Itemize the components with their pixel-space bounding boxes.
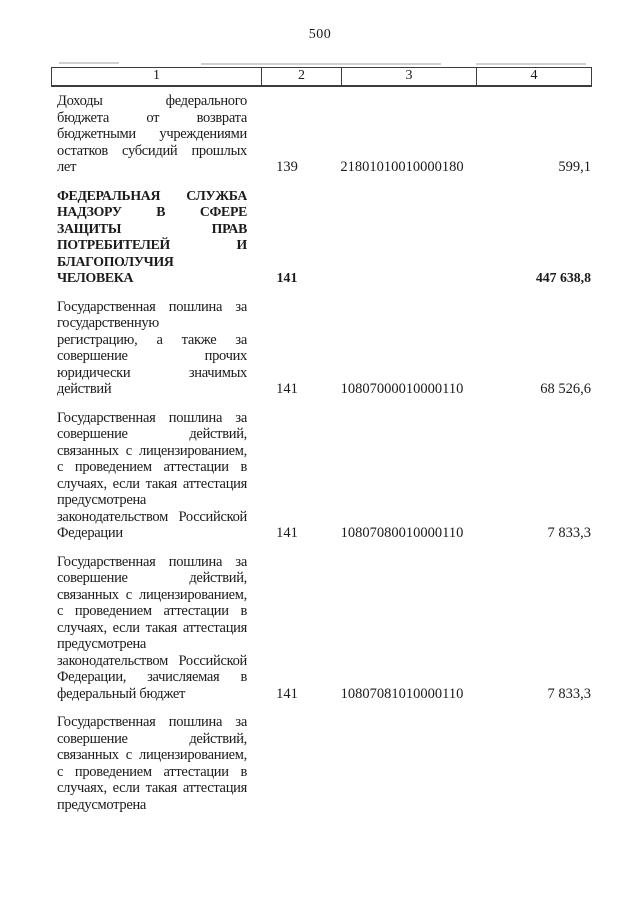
table-row: Государственная пошлина засовершение дей… bbox=[51, 554, 592, 703]
row-title-line: совершение действий, bbox=[57, 570, 247, 587]
row-budget-classification-code: 10807081010000110 bbox=[327, 686, 477, 703]
row-title: Государственная пошлина засовершение дей… bbox=[51, 410, 247, 542]
table-row: Государственная пошлина засовершение дей… bbox=[51, 714, 592, 813]
row-amount: 68 526,6 bbox=[477, 381, 592, 398]
row-title-line: случаях, если такая аттестация bbox=[57, 780, 247, 797]
row-title-line: Доходы федерального bbox=[57, 93, 247, 110]
row-title-line: законодательством Российской bbox=[57, 653, 247, 670]
table-row: Государственная пошлина засовершение дей… bbox=[51, 410, 592, 542]
header-cell: 2 bbox=[262, 67, 342, 87]
budget-revenue-table: 1234 Доходы федеральногобюджета от возвр… bbox=[51, 67, 592, 825]
row-title-line: Государственная пошлина за bbox=[57, 410, 247, 427]
row-title-line: предусмотрена bbox=[57, 797, 247, 814]
row-title-line: действий bbox=[57, 381, 247, 398]
row-title: Государственная пошлина загосударственну… bbox=[51, 299, 247, 398]
row-title-line: бюджетными учреждениями bbox=[57, 126, 247, 143]
header-cell: 1 bbox=[51, 67, 262, 87]
scan-artifact bbox=[476, 63, 586, 65]
table-row: ФЕДЕРАЛЬНАЯ СЛУЖБА ПОНАДЗОРУ В СФЕРЕЗАЩИ… bbox=[51, 188, 592, 287]
page-number: 500 bbox=[0, 27, 640, 43]
row-title: Государственная пошлина засовершение дей… bbox=[51, 714, 247, 813]
row-chief-admin-code: 141 bbox=[247, 381, 327, 398]
row-title: Государственная пошлина засовершение дей… bbox=[51, 554, 247, 703]
row-title-line: БЛАГОПОЛУЧИЯ bbox=[57, 254, 247, 271]
row-title-line: регистрацию, а также за bbox=[57, 332, 247, 349]
row-title-line: предусмотрена bbox=[57, 636, 247, 653]
row-title-line: юридически значимых bbox=[57, 365, 247, 382]
row-title: ФЕДЕРАЛЬНАЯ СЛУЖБА ПОНАДЗОРУ В СФЕРЕЗАЩИ… bbox=[51, 188, 247, 287]
row-title-line: связанных с лицензированием, bbox=[57, 587, 247, 604]
row-budget-classification-code: 10807080010000110 bbox=[327, 525, 477, 542]
row-title-line: связанных с лицензированием, bbox=[57, 443, 247, 460]
row-chief-admin-code: 141 bbox=[247, 525, 327, 542]
row-budget-classification-code: 21801010010000180 bbox=[327, 159, 477, 176]
row-title-line: совершение действий, bbox=[57, 426, 247, 443]
row-title-line: случаях, если такая аттестация bbox=[57, 620, 247, 637]
row-amount: 7 833,3 bbox=[477, 525, 592, 542]
header-cell: 4 bbox=[477, 67, 592, 87]
row-title-line: ФЕДЕРАЛЬНАЯ СЛУЖБА ПО bbox=[57, 188, 247, 205]
row-title-line: федеральный бюджет bbox=[57, 686, 247, 703]
row-title-line: ЧЕЛОВЕКА bbox=[57, 270, 247, 287]
row-title-line: совершение прочих bbox=[57, 348, 247, 365]
scan-artifact bbox=[201, 63, 441, 65]
row-title-line: НАДЗОРУ В СФЕРЕ bbox=[57, 204, 247, 221]
row-title-line: случаях, если такая аттестация bbox=[57, 476, 247, 493]
row-title-line: законодательством Российской bbox=[57, 509, 247, 526]
row-title: Доходы федеральногобюджета от возвратабю… bbox=[51, 93, 247, 176]
row-title-line: с проведением аттестации в bbox=[57, 603, 247, 620]
row-title-line: Федерации bbox=[57, 525, 247, 542]
row-title-line: ПОТРЕБИТЕЛЕЙ И bbox=[57, 237, 247, 254]
row-title-line: совершение действий, bbox=[57, 731, 247, 748]
table-row: Доходы федеральногобюджета от возвратабю… bbox=[51, 93, 592, 176]
row-title-line: Государственная пошлина за bbox=[57, 299, 247, 316]
row-title-line: с проведением аттестации в bbox=[57, 764, 247, 781]
row-title-line: связанных с лицензированием, bbox=[57, 747, 247, 764]
row-amount: 7 833,3 bbox=[477, 686, 592, 703]
row-title-line: с проведением аттестации в bbox=[57, 459, 247, 476]
row-title-line: Федерации, зачисляемая в bbox=[57, 669, 247, 686]
table-row: Государственная пошлина загосударственну… bbox=[51, 299, 592, 398]
document-page: 500 1234 Доходы федеральногобюджета от в… bbox=[0, 0, 640, 905]
row-title-line: бюджета от возврата bbox=[57, 110, 247, 127]
row-amount: 599,1 bbox=[477, 159, 592, 176]
row-title-line: остатков субсидий прошлых bbox=[57, 143, 247, 160]
row-amount: 447 638,8 bbox=[477, 270, 592, 287]
row-title-line: лет bbox=[57, 159, 247, 176]
row-title-line: предусмотрена bbox=[57, 492, 247, 509]
row-title-line: Государственная пошлина за bbox=[57, 714, 247, 731]
row-title-line: ЗАЩИТЫ ПРАВ bbox=[57, 221, 247, 238]
table-header-row: 1234 bbox=[51, 67, 592, 87]
header-cell: 3 bbox=[342, 67, 477, 87]
row-chief-admin-code: 141 bbox=[247, 686, 327, 703]
table-body: Доходы федеральногобюджета от возвратабю… bbox=[51, 93, 592, 813]
row-title-line: Государственная пошлина за bbox=[57, 554, 247, 571]
row-title-line: государственную bbox=[57, 315, 247, 332]
row-budget-classification-code: 10807000010000110 bbox=[327, 381, 477, 398]
row-chief-admin-code: 141 bbox=[247, 270, 327, 287]
row-chief-admin-code: 139 bbox=[247, 159, 327, 176]
scan-artifact bbox=[59, 62, 119, 64]
